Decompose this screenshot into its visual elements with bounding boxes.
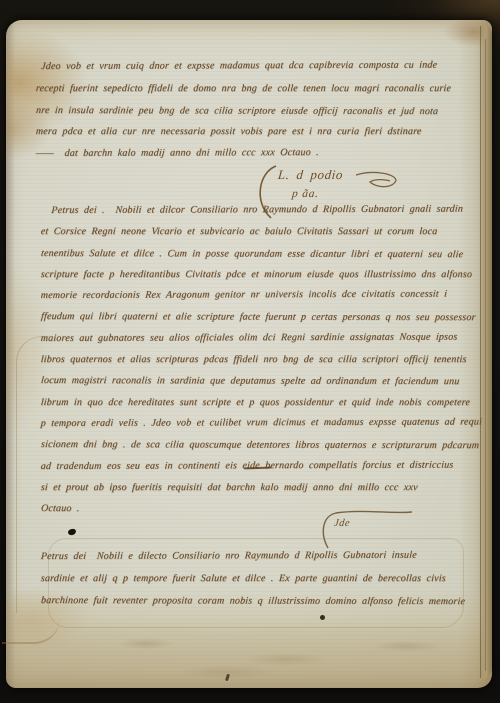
manuscript-page: Jdeo vob et vrum cuiq dnor et expsse mad… xyxy=(6,20,492,688)
signature-swirl-icon xyxy=(354,169,400,195)
manuscript-line: Petrus dei . Nobili et dilcor Consiliari… xyxy=(40,198,483,221)
manuscript-line: sardinie et alij q p tempore fuerit Salu… xyxy=(40,568,466,590)
manuscript-line: barchinone fuit reventer proposita coram… xyxy=(40,590,466,613)
bottom-left-crease xyxy=(2,618,60,644)
manuscript-line: ad tradendum eos seu eas in continenti e… xyxy=(40,454,483,477)
manuscript-photo: { "photo": { "background_color": "#14131… xyxy=(0,0,500,703)
page-edge-strip xyxy=(479,26,492,678)
paragraph-3: Petrus dei Nobili e dilecto Consiliario … xyxy=(40,546,464,612)
idem-label: Jde xyxy=(333,518,350,529)
manuscript-line: scripture facte p hereditantibus Civitat… xyxy=(40,264,483,285)
manuscript-line: maiores aut gubnatores seu alios officia… xyxy=(40,326,483,349)
manuscript-line: libros quaternos et alias scripturas pdc… xyxy=(40,349,483,370)
manuscript-line: p tempora eradi velis . Jdeo vob et cuil… xyxy=(40,411,483,434)
manuscript-line: mera pdca et alia cur nre necessaria pos… xyxy=(35,121,452,143)
manuscript-line: recepti fuerint sepedicto ffideli de dom… xyxy=(35,78,452,100)
paragraph-1: Jdeo vob et vrum cuiq dnor et expsse mad… xyxy=(35,56,450,165)
manuscript-line: locum magistri raconalis in sardinia que… xyxy=(40,370,483,392)
paragraph-2: Petrus dei . Nobili et dilcor Consiliari… xyxy=(40,200,481,519)
manuscript-line: memorie recordacionis Rex Aragonum genit… xyxy=(40,284,483,307)
manuscript-line: et Corsice Regni neone Vicario et subvic… xyxy=(40,221,483,242)
manuscript-line: tenentibus Salute et dilce . Cum in poss… xyxy=(40,243,483,265)
manuscript-line: sicionem dni bng . de sca cilia quoscumq… xyxy=(40,434,483,456)
manuscript-line: Petrus dei Nobili e dilecto Consiliario … xyxy=(40,545,466,568)
manuscript-line: Jdeo vob et vrum cuiq dnor et expsse mad… xyxy=(35,55,452,78)
signature-name: L. d podio xyxy=(277,167,343,183)
ink-blot xyxy=(67,528,76,536)
manuscript-line: nre in insula sardinie peu bng de sca ci… xyxy=(35,100,452,123)
manuscript-line: librum in quo dce hereditates sunt scrip… xyxy=(40,392,483,413)
manuscript-line: si et prout ab ipso fueritis requisiti d… xyxy=(40,477,483,498)
manuscript-line: —— dat barchn kalo madij anno dni millo … xyxy=(35,142,452,165)
manuscript-line: ffeudum qui libri quaterni et alie scrip… xyxy=(40,306,483,328)
ink-dot xyxy=(320,615,325,620)
ink-show-through xyxy=(66,628,466,680)
